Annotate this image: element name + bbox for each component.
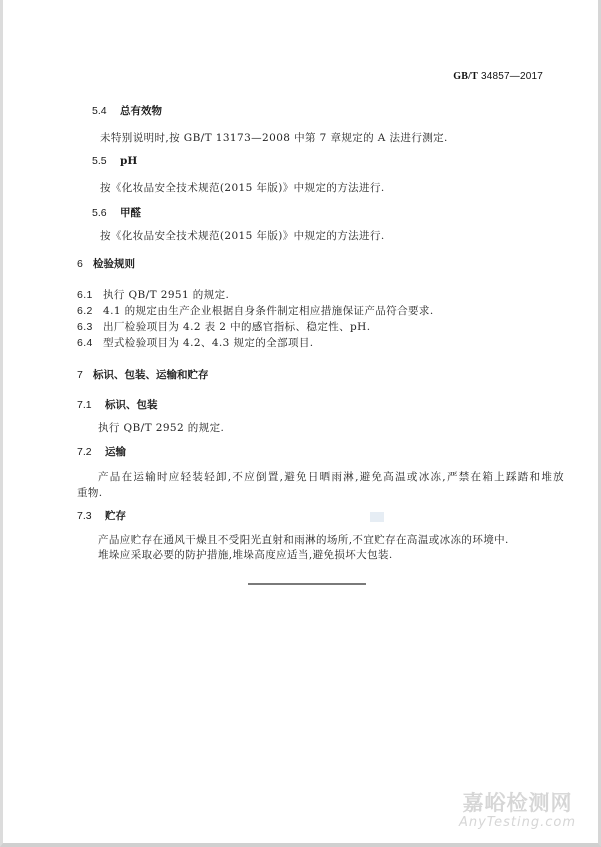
section-7-2-body-line-1: 产品在运输时应轻装轻卸,不应倒置,避免日晒雨淋,避免高温或冰冻,严禁在箱上踩踏和…	[98, 469, 565, 484]
section-7-3-heading: 7.3贮存	[77, 508, 126, 523]
section-7-heading: 7标识、包装、运输和贮存	[77, 367, 209, 382]
clause-6-2: 6.24.1 的规定由生产企业根据自身条件制定相应措施保证产品符合要求.	[77, 303, 434, 318]
standard-number: 34857—2017	[481, 71, 543, 82]
watermark-cn: 嘉峪检测网	[459, 791, 576, 815]
standard-prefix: GB/T	[453, 71, 478, 82]
section-5-4-heading: 5.4总有效物	[92, 103, 162, 118]
section-5-4-body: 未特别说明时,按 GB/T 13173—2008 中第 7 章规定的 A 法进行…	[100, 130, 448, 145]
section-7-2-heading: 7.2运输	[77, 444, 126, 459]
section-7-3-body-line-2: 堆垛应采取必要的防护措施,堆垛高度应适当,避免损坏大包装.	[98, 547, 393, 562]
watermark-en: AnyTesting.com	[459, 815, 576, 831]
section-7-2-body-line-2: 重物.	[77, 485, 103, 500]
section-7-1-heading: 7.1标识、包装	[77, 397, 158, 412]
section-7-3-body-line-1: 产品应贮存在通风干燥且不受阳光直射和雨淋的场所,不宜贮存在高温或冰冻的环境中.	[98, 532, 509, 547]
document-page: GB/T 34857—2017 5.4总有效物 未特别说明时,按 GB/T 13…	[0, 0, 601, 847]
standard-code: GB/T 34857—2017	[453, 71, 543, 82]
clause-6-3: 6.3出厂检验项目为 4.2 表 2 中的感官指标、稳定性、pH.	[77, 319, 370, 334]
section-5-6-heading: 5.6甲醛	[92, 205, 141, 220]
clause-6-1: 6.1执行 QB/T 2951 的规定.	[77, 287, 229, 302]
section-5-6-body: 按《化妆品安全技术规范(2015 年版)》中规定的方法进行.	[100, 228, 385, 243]
section-5-5-heading: 5.5pH	[92, 155, 137, 167]
clause-6-4: 6.4型式检验项目为 4.2、4.3 规定的全部项目.	[77, 335, 314, 350]
section-7-1-body: 执行 QB/T 2952 的规定.	[98, 420, 224, 435]
watermark: 嘉峪检测网 AnyTesting.com	[459, 791, 576, 831]
section-5-5-body: 按《化妆品安全技术规范(2015 年版)》中规定的方法进行.	[100, 180, 385, 195]
section-6-heading: 6检验规则	[77, 256, 135, 271]
faint-stamp-mark	[370, 512, 384, 522]
end-of-document-rule	[248, 583, 366, 585]
